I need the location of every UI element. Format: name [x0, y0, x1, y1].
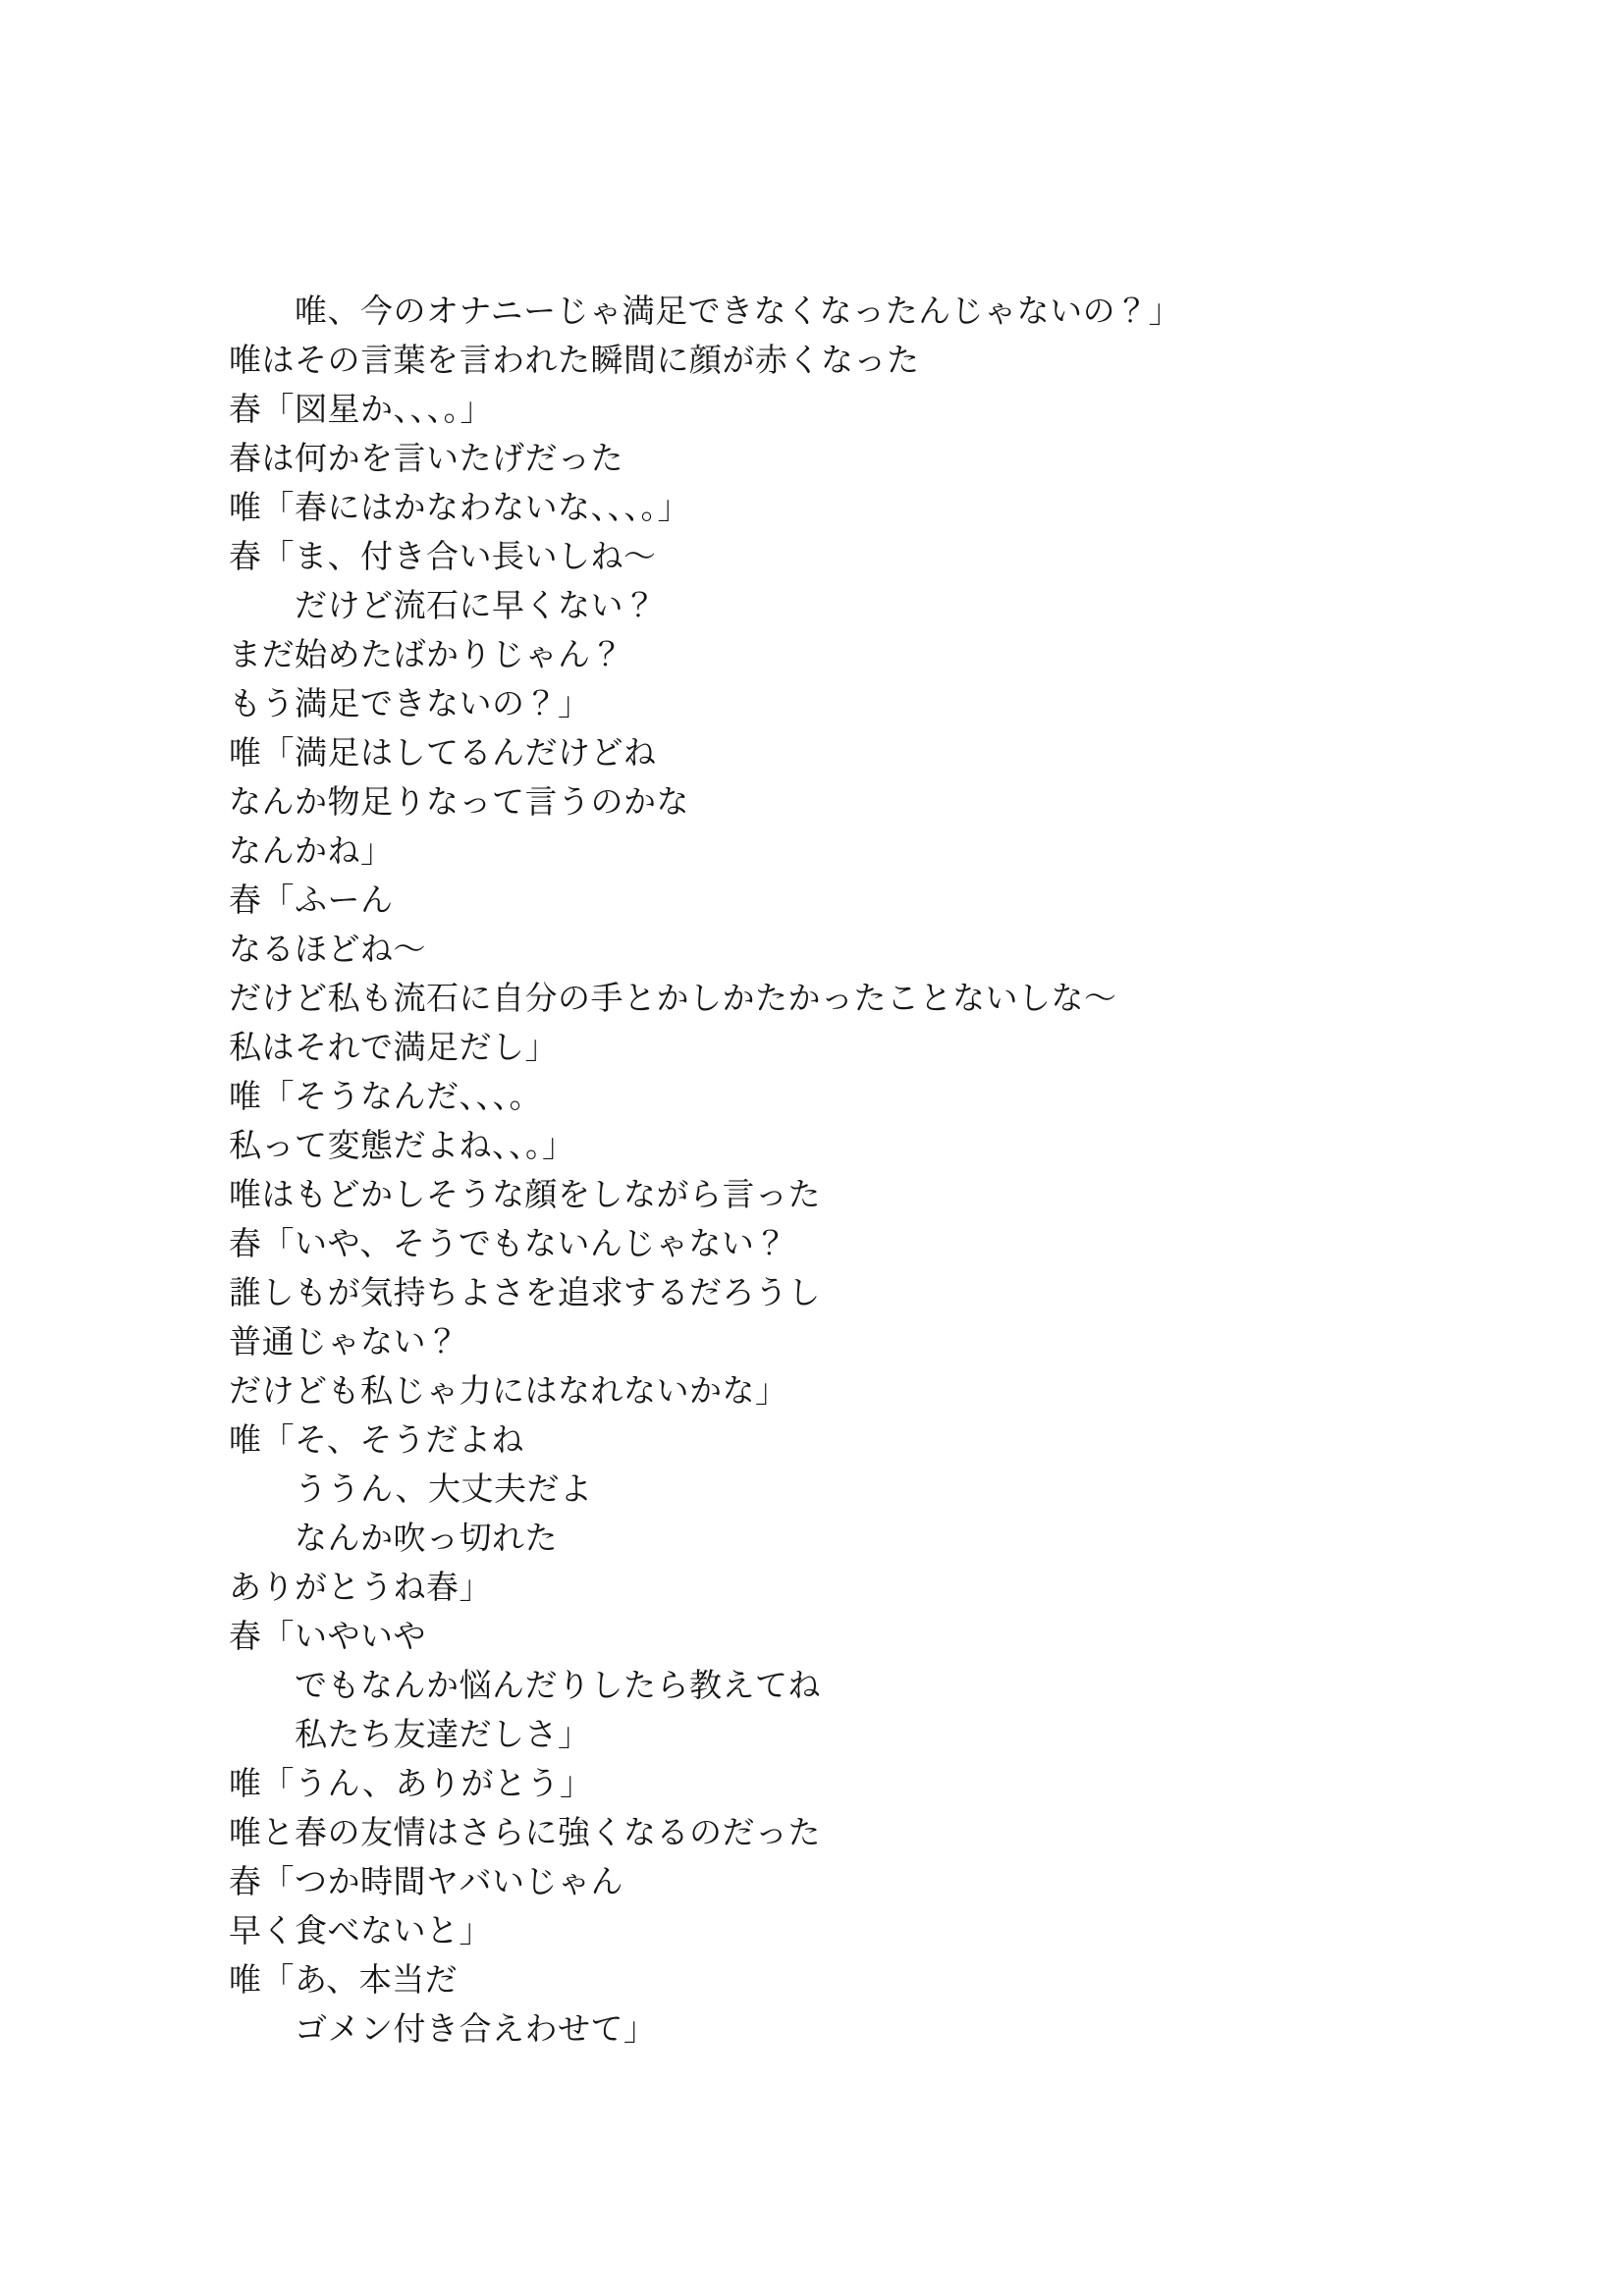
text-line: なんか吹っ切れた	[229, 1515, 1585, 1564]
text-line: 春「ま、付き合い長いしね〜	[229, 533, 1585, 582]
text-line: 唯、今のオナニーじゃ満足できなくなったんじゃないの？」	[229, 288, 1585, 337]
text-line: 早く食べないと」	[229, 1907, 1585, 1956]
text-line: もう満足できないの？」	[229, 680, 1585, 729]
text-line: 私はそれで満足だし」	[229, 1024, 1585, 1073]
text-line: でもなんか悩んだりしたら教えてね	[229, 1662, 1585, 1711]
document-page: 唯、今のオナニーじゃ満足できなくなったんじゃないの？」 唯はその言葉を言われた瞬…	[0, 0, 1624, 2296]
text-line: 唯はその言葉を言われた瞬間に顔が赤くなった	[229, 337, 1585, 386]
text-line: 唯と春の友情はさらに強くなるのだった	[229, 1809, 1585, 1858]
text-line: なんか物足りなって言うのかな	[229, 778, 1585, 828]
text-line: 誰しもが気持ちよさを追求するだろうし	[229, 1269, 1585, 1318]
text-line: 唯はもどかしそうな顔をしながら言った	[229, 1171, 1585, 1220]
text-line: 春「いやいや	[229, 1613, 1585, 1662]
text-line: 春「ふーん	[229, 877, 1585, 926]
text-line: だけども私じゃ力にはなれないかな」	[229, 1367, 1585, 1416]
text-line: なるほどね〜	[229, 926, 1585, 975]
text-line: なんかね」	[229, 828, 1585, 877]
text-line: 唯「春にはかなわないな、、、。」	[229, 484, 1585, 533]
text-line: まだ始めたばかりじゃん？	[229, 631, 1585, 680]
text-line: 春「つか時間ヤバいじゃん	[229, 1858, 1585, 1907]
text-line: ありがとうね春」	[229, 1564, 1585, 1613]
text-line: ゴメン付き合えわせて」	[229, 2005, 1585, 2055]
text-line: 唯「満足はしてるんだけどね	[229, 729, 1585, 778]
text-line: 春「図星か、、、。」	[229, 386, 1585, 435]
text-line: 唯「うん、ありがとう」	[229, 1760, 1585, 1809]
text-line: 唯「そ、そうだよね	[229, 1416, 1585, 1466]
text-line: 春「いや、そうでもないんじゃない？	[229, 1220, 1585, 1269]
text-line: 唯「あ、本当だ	[229, 1956, 1585, 2005]
text-line: ううん、大丈夫だよ	[229, 1466, 1585, 1515]
text-line: だけど私も流石に自分の手とかしかたかったことないしな〜	[229, 975, 1585, 1024]
text-line: 私たち友達だしさ」	[229, 1711, 1585, 1760]
story-text-block: 唯、今のオナニーじゃ満足できなくなったんじゃないの？」 唯はその言葉を言われた瞬…	[229, 288, 1585, 2055]
text-line: 春は何かを言いたげだった	[229, 435, 1585, 484]
text-line: 私って変態だよね、、。」	[229, 1122, 1585, 1171]
text-line: 唯「そうなんだ、、、。	[229, 1073, 1585, 1122]
text-line: 普通じゃない？	[229, 1318, 1585, 1367]
text-line: だけど流石に早くない？	[229, 582, 1585, 631]
